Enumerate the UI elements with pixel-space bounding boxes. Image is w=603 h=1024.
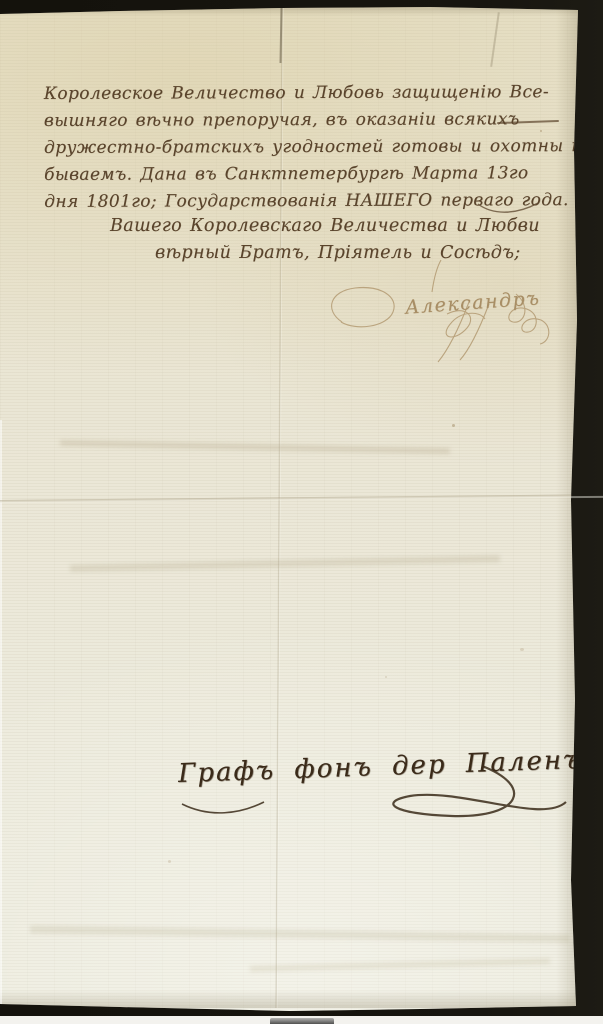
foxing-spot xyxy=(168,860,171,863)
foxing-spot xyxy=(520,648,524,651)
paper-crease xyxy=(250,958,550,972)
horizontal-fold-crease xyxy=(0,494,578,503)
body-line-4: бываемъ. Дана въ Санктпетербургѣ Марта 1… xyxy=(44,160,574,189)
scan-artifact-bar xyxy=(270,1018,334,1024)
tsar-signature-block: Александръ xyxy=(320,258,575,368)
paper-crease xyxy=(30,925,570,942)
paper-edge-highlight-left xyxy=(0,420,2,1006)
manuscript-paper: Королевское Величество и Любовь защищені… xyxy=(0,0,603,1024)
paper-edge-shadow-bottom xyxy=(0,990,578,1008)
paper-crease xyxy=(60,440,450,454)
letter-body: Королевское Величество и Любовь защищені… xyxy=(44,79,574,216)
top-right-crease xyxy=(490,12,499,67)
paper-crease xyxy=(70,555,500,572)
fold-highlight-on-backing xyxy=(568,496,603,498)
body-line-2: вышняго вѣчно препоручая, въ оказаніи вс… xyxy=(44,106,574,135)
foxing-spot xyxy=(452,424,455,427)
countersignature-block: Графъ фонъ дер Паленъ xyxy=(140,738,580,838)
body-line-3: дружестно-братскихъ угодностей готовы и … xyxy=(44,133,574,162)
body-line-1: Королевское Величество и Любовь защищені… xyxy=(44,79,574,108)
scanned-manuscript-page: Королевское Величество и Любовь защищені… xyxy=(0,0,603,1024)
valediction-line-1: Вашего Королевскаго Величества и Любви xyxy=(110,213,540,240)
foxing-spot xyxy=(385,676,387,678)
